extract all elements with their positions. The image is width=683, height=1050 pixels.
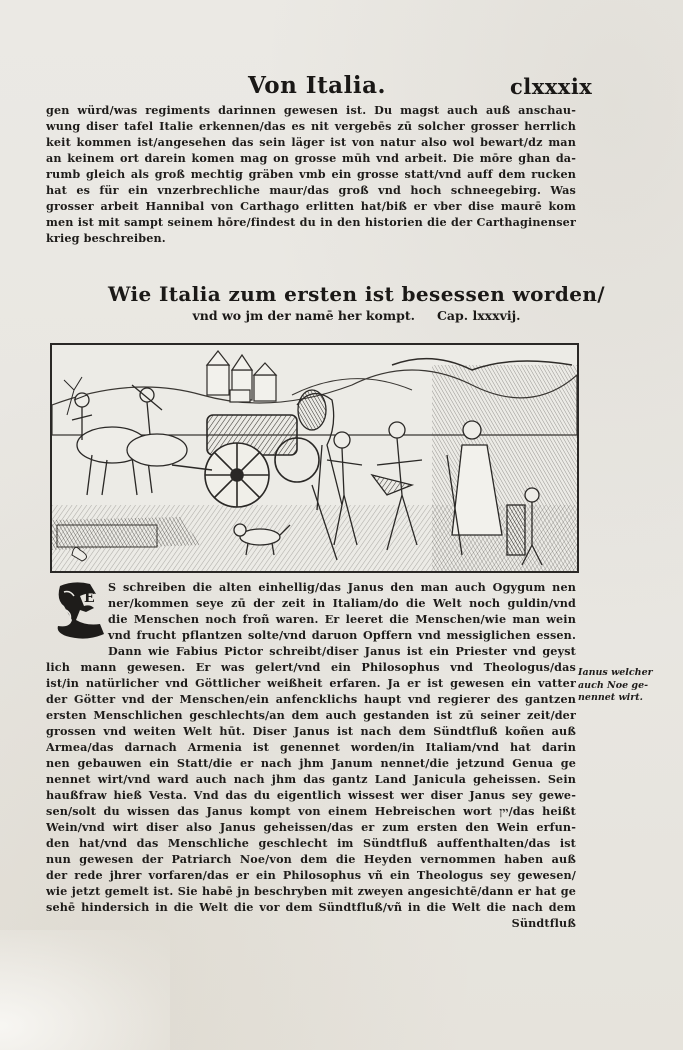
text-line: der Götter vnd der Menschen/ein anfenckl… xyxy=(46,691,576,707)
marginal-line: Ianus welcher xyxy=(578,667,668,680)
text-line: Armea/das darnach Armenia ist genennet w… xyxy=(46,739,576,755)
text-line: nennet wirt/vnd ward auch nach jhm das g… xyxy=(46,771,576,787)
text-line: nen gebauwen ein Statt/die er nach jhm J… xyxy=(46,755,576,771)
chapter-subtitle: vnd wo jm der namē her kompt.Cap. lxxxvi… xyxy=(0,308,683,323)
text-line: sehē hindersich in die Welt die vor dem … xyxy=(46,899,576,915)
text-line: hat es für ein vnzerbrechliche maur/das … xyxy=(46,182,576,198)
woodcut-illustration xyxy=(50,343,579,573)
text-line: die Menschen noch froñ waren. Er leeret … xyxy=(46,611,576,627)
text-line: lich mann gewesen. Er was gelert/vnd ein… xyxy=(46,659,576,675)
body-paragraph: S schreiben die alten einhellig/das Janu… xyxy=(46,579,576,931)
chapter-number: Cap. lxxxvij. xyxy=(437,308,520,323)
chapter-subtitle-text: vnd wo jm der namē her kompt. xyxy=(193,308,415,323)
text-line: an keinem ort darein komen mag on grosse… xyxy=(46,150,576,166)
text-line: haußfraw hieß Vesta. Vnd das du eigentli… xyxy=(46,787,576,803)
text-line: der rede jhrer vorfaren/das er ein Philo… xyxy=(46,867,576,883)
text-line: S schreiben die alten einhellig/das Janu… xyxy=(46,579,576,595)
text-line: den hat/vnd das Menschliche geschlecht i… xyxy=(46,835,576,851)
text-line: vnd frucht pflantzen solte/vnd daruon Op… xyxy=(46,627,576,643)
text-line: rumb gleich als groß mechtig gräben vmb … xyxy=(46,166,576,182)
running-title: Von Italia. xyxy=(248,72,386,99)
text-line: ist/in natürlicher vnd Göttlicher weißhe… xyxy=(46,675,576,691)
folio-number: clxxxix xyxy=(510,74,592,99)
marginal-note: Ianus welcher auch Noe ge- nennet wirt. xyxy=(578,667,668,705)
top-paragraph: gen würd/was regiments darinnen gewesen … xyxy=(46,102,576,246)
woodcut-image-icon xyxy=(52,345,577,571)
text-line: wie jetzt gemelt ist. Sie habē jn beschr… xyxy=(46,883,576,899)
text-line: Dann wie Fabius Pictor schreibt/diser Ja… xyxy=(46,643,576,659)
text-line: grosser arbeit Hannibal von Carthago erl… xyxy=(46,198,576,214)
text-line: nun gewesen der Patriarch Noe/von dem di… xyxy=(46,851,576,867)
text-line: Sündtfluß xyxy=(46,915,576,931)
chapter-title: Wie Italia zum ersten ist besessen worde… xyxy=(0,282,683,306)
text-line: ner/kommen seye zū der zeit in Italiam/d… xyxy=(46,595,576,611)
running-head: Von Italia. clxxxix xyxy=(0,72,683,102)
text-line: Wein/vnd wirt diser also Janus geheissen… xyxy=(46,819,576,835)
marginal-line: auch Noe ge- xyxy=(578,680,668,693)
text-line: krieg beschreiben. xyxy=(46,230,576,246)
text-line: wung diser tafel Italie erkennen/das es … xyxy=(46,118,576,134)
book-page: Von Italia. clxxxix gen würd/was regimen… xyxy=(0,0,683,1050)
text-line: grossen vnd weiten Welt hūt. Diser Janus… xyxy=(46,723,576,739)
text-line: men ist mit sampt seinem hōre/findest du… xyxy=(46,214,576,230)
text-line: gen würd/was regiments darinnen gewesen … xyxy=(46,102,576,118)
text-line: keit kommen ist/angesehen das sein läger… xyxy=(46,134,576,150)
paper-stain xyxy=(0,930,170,1050)
marginal-line: nennet wirt. xyxy=(578,692,668,705)
text-line: ersten Menschlichen geschlechts/an dem a… xyxy=(46,707,576,723)
text-line: sen/solt du wissen das Janus kompt von e… xyxy=(46,803,576,819)
